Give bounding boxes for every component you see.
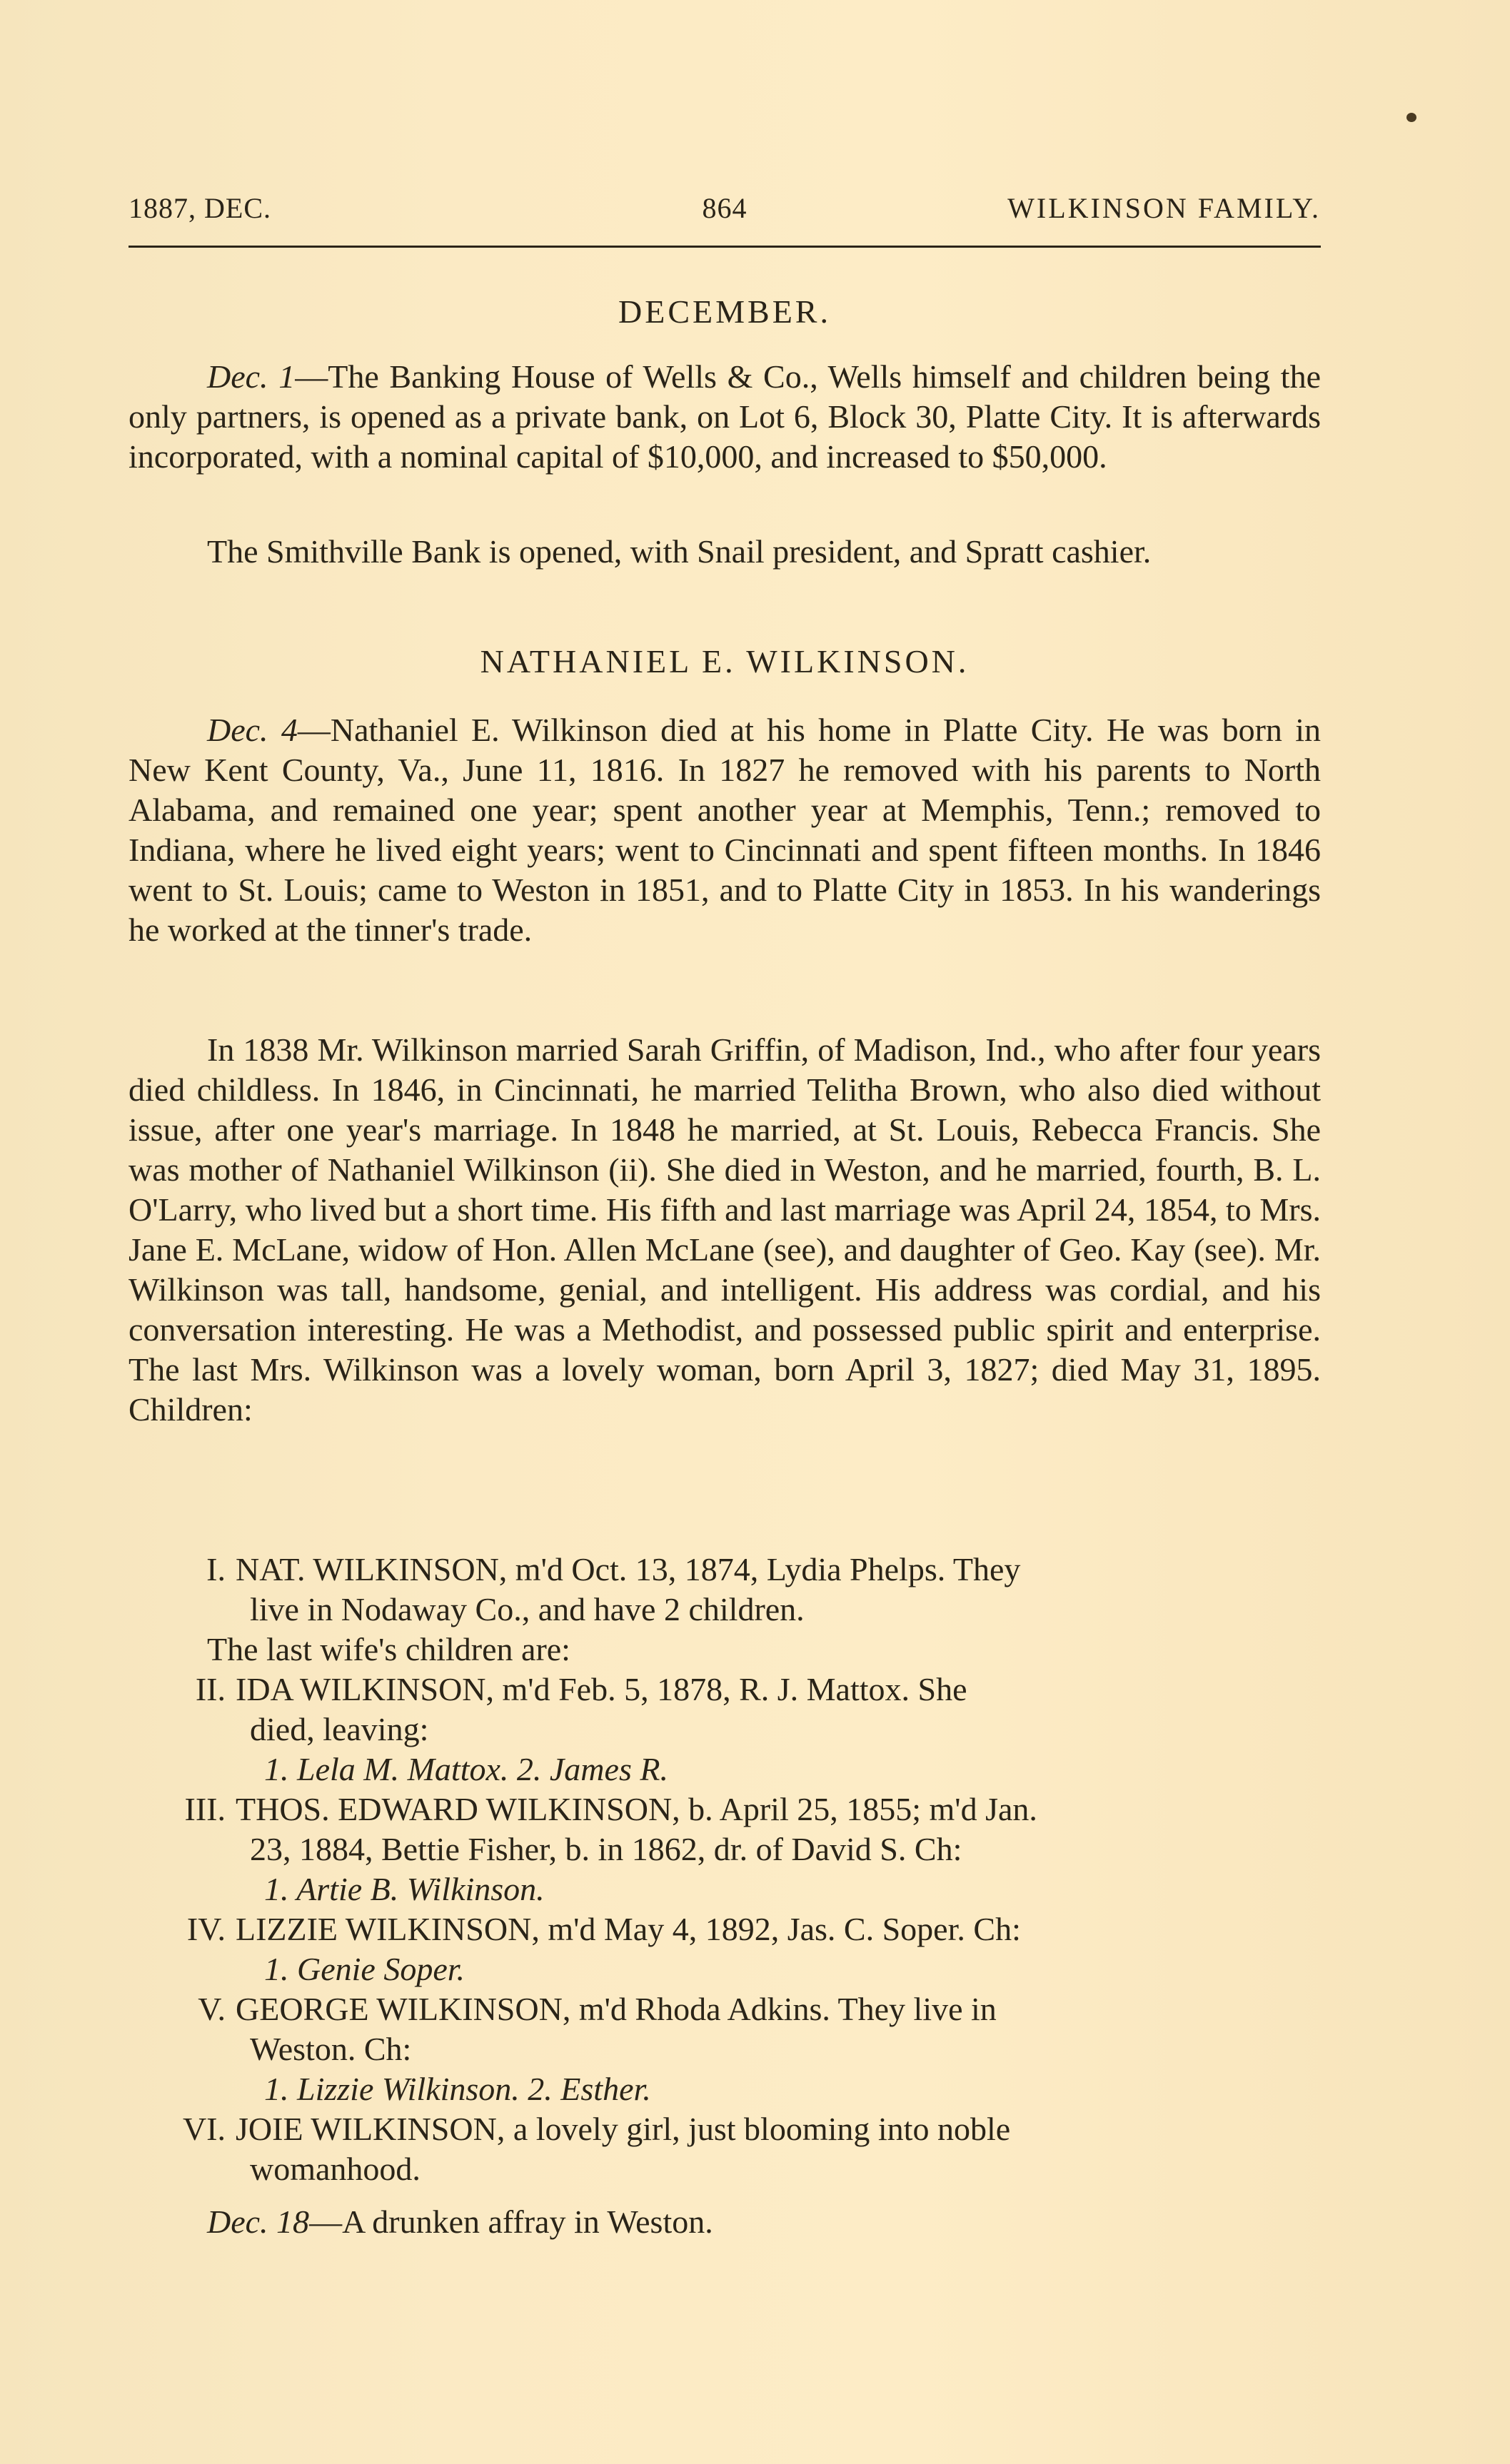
biography-paragraph-1: Dec. 4—Nathaniel E. Wilkinson died at hi… (129, 710, 1321, 950)
grandchild-names: 1. Lizzie Wilkinson. 2. Esther. (264, 2071, 651, 2107)
grandchild-names: 1. Artie B. Wilkinson. (264, 1871, 545, 1907)
child-entry-2: II.IDA WILKINSON, m'd Feb. 5, 1878, R. J… (129, 1670, 1321, 1749)
child-entry-4: IV.LIZZIE WILKINSON, m'd May 4, 1892, Ja… (129, 1909, 1321, 1949)
roman-numeral: III. (129, 1789, 236, 1829)
child-line: GEORGE WILKINSON, m'd Rhoda Adkins. They… (236, 1991, 997, 2027)
child-line: NAT. WILKINSON, m'd Oct. 13, 1874, Lydia… (236, 1551, 1020, 1587)
section-heading: DECEMBER. (129, 293, 1321, 330)
roman-numeral: V. (129, 1989, 236, 2029)
child-line: Weston. Ch: (129, 2029, 1321, 2069)
biography-paragraph-2: In 1838 Mr. Wilkinson married Sarah Grif… (129, 1030, 1321, 1430)
child-line: IDA WILKINSON, m'd Feb. 5, 1878, R. J. M… (236, 1671, 967, 1707)
roman-numeral: II. (129, 1670, 236, 1710)
child-line: live in Nodaway Co., and have 2 children… (129, 1590, 1321, 1630)
paragraph-text: In 1838 Mr. Wilkinson married Sarah Grif… (129, 1031, 1321, 1428)
child-entry-3: III.THOS. EDWARD WILKINSON, b. April 25,… (129, 1789, 1321, 1869)
child-entry-1: I.NAT. WILKINSON, m'd Oct. 13, 1874, Lyd… (129, 1550, 1321, 1630)
grandchild-names: 1. Genie Soper. (264, 1951, 465, 1987)
entry-date: Dec. 18 (207, 2203, 309, 2240)
entry-text: The Smithville Bank is opened, with Snai… (207, 533, 1151, 570)
child-line: LIZZIE WILKINSON, m'd May 4, 1892, Jas. … (236, 1911, 1021, 1947)
child-line: 23, 1884, Bettie Fisher, b. in 1862, dr.… (129, 1829, 1321, 1869)
roman-numeral: I. (129, 1550, 236, 1590)
paper-speck (1406, 113, 1416, 122)
grandchildren-list: 1. Lizzie Wilkinson. 2. Esther. (264, 2069, 651, 2109)
roman-numeral: VI. (129, 2109, 236, 2149)
child-line: died, leaving: (129, 1710, 1321, 1749)
entry-date: Dec. 4 (207, 712, 298, 748)
grandchildren-list: 1. Lela M. Mattox. 2. James R. (264, 1749, 668, 1789)
entry-dec-18: Dec. 18—A drunken affray in Weston. (129, 2202, 1321, 2242)
last-wife-note: The last wife's children are: (207, 1630, 1399, 1670)
book-page: 1887, DEC. 864 WILKINSON FAMILY. DECEMBE… (0, 0, 1510, 2464)
roman-numeral: IV. (129, 1909, 236, 1949)
entry-text: —A drunken affray in Weston. (309, 2203, 713, 2240)
header-rule (129, 246, 1321, 248)
biography-heading: NATHANIEL E. WILKINSON. (129, 642, 1321, 680)
running-head-title: WILKINSON FAMILY. (1007, 191, 1321, 225)
grandchild-names: 1. Lela M. Mattox. 2. James R. (264, 1751, 668, 1787)
entry-date: Dec. 1 (207, 358, 295, 395)
grandchildren-list: 1. Genie Soper. (264, 1949, 465, 1989)
running-head: 1887, DEC. 864 WILKINSON FAMILY. (129, 191, 1321, 234)
child-entry-6: VI.JOIE WILKINSON, a lovely girl, just b… (129, 2109, 1321, 2189)
child-line: JOIE WILKINSON, a lovely girl, just bloo… (236, 2111, 1010, 2147)
entry-text: —The Banking House of Wells & Co., Wells… (129, 358, 1321, 475)
entry-smithville: The Smithville Bank is opened, with Snai… (129, 532, 1321, 572)
grandchildren-list: 1. Artie B. Wilkinson. (264, 1869, 545, 1909)
child-entry-5: V.GEORGE WILKINSON, m'd Rhoda Adkins. Th… (129, 1989, 1321, 2069)
child-line: THOS. EDWARD WILKINSON, b. April 25, 185… (236, 1791, 1037, 1827)
paragraph-text: —Nathaniel E. Wilkinson died at his home… (129, 712, 1321, 948)
entry-dec-1: Dec. 1—The Banking House of Wells & Co.,… (129, 357, 1321, 477)
child-line: womanhood. (129, 2149, 1321, 2189)
